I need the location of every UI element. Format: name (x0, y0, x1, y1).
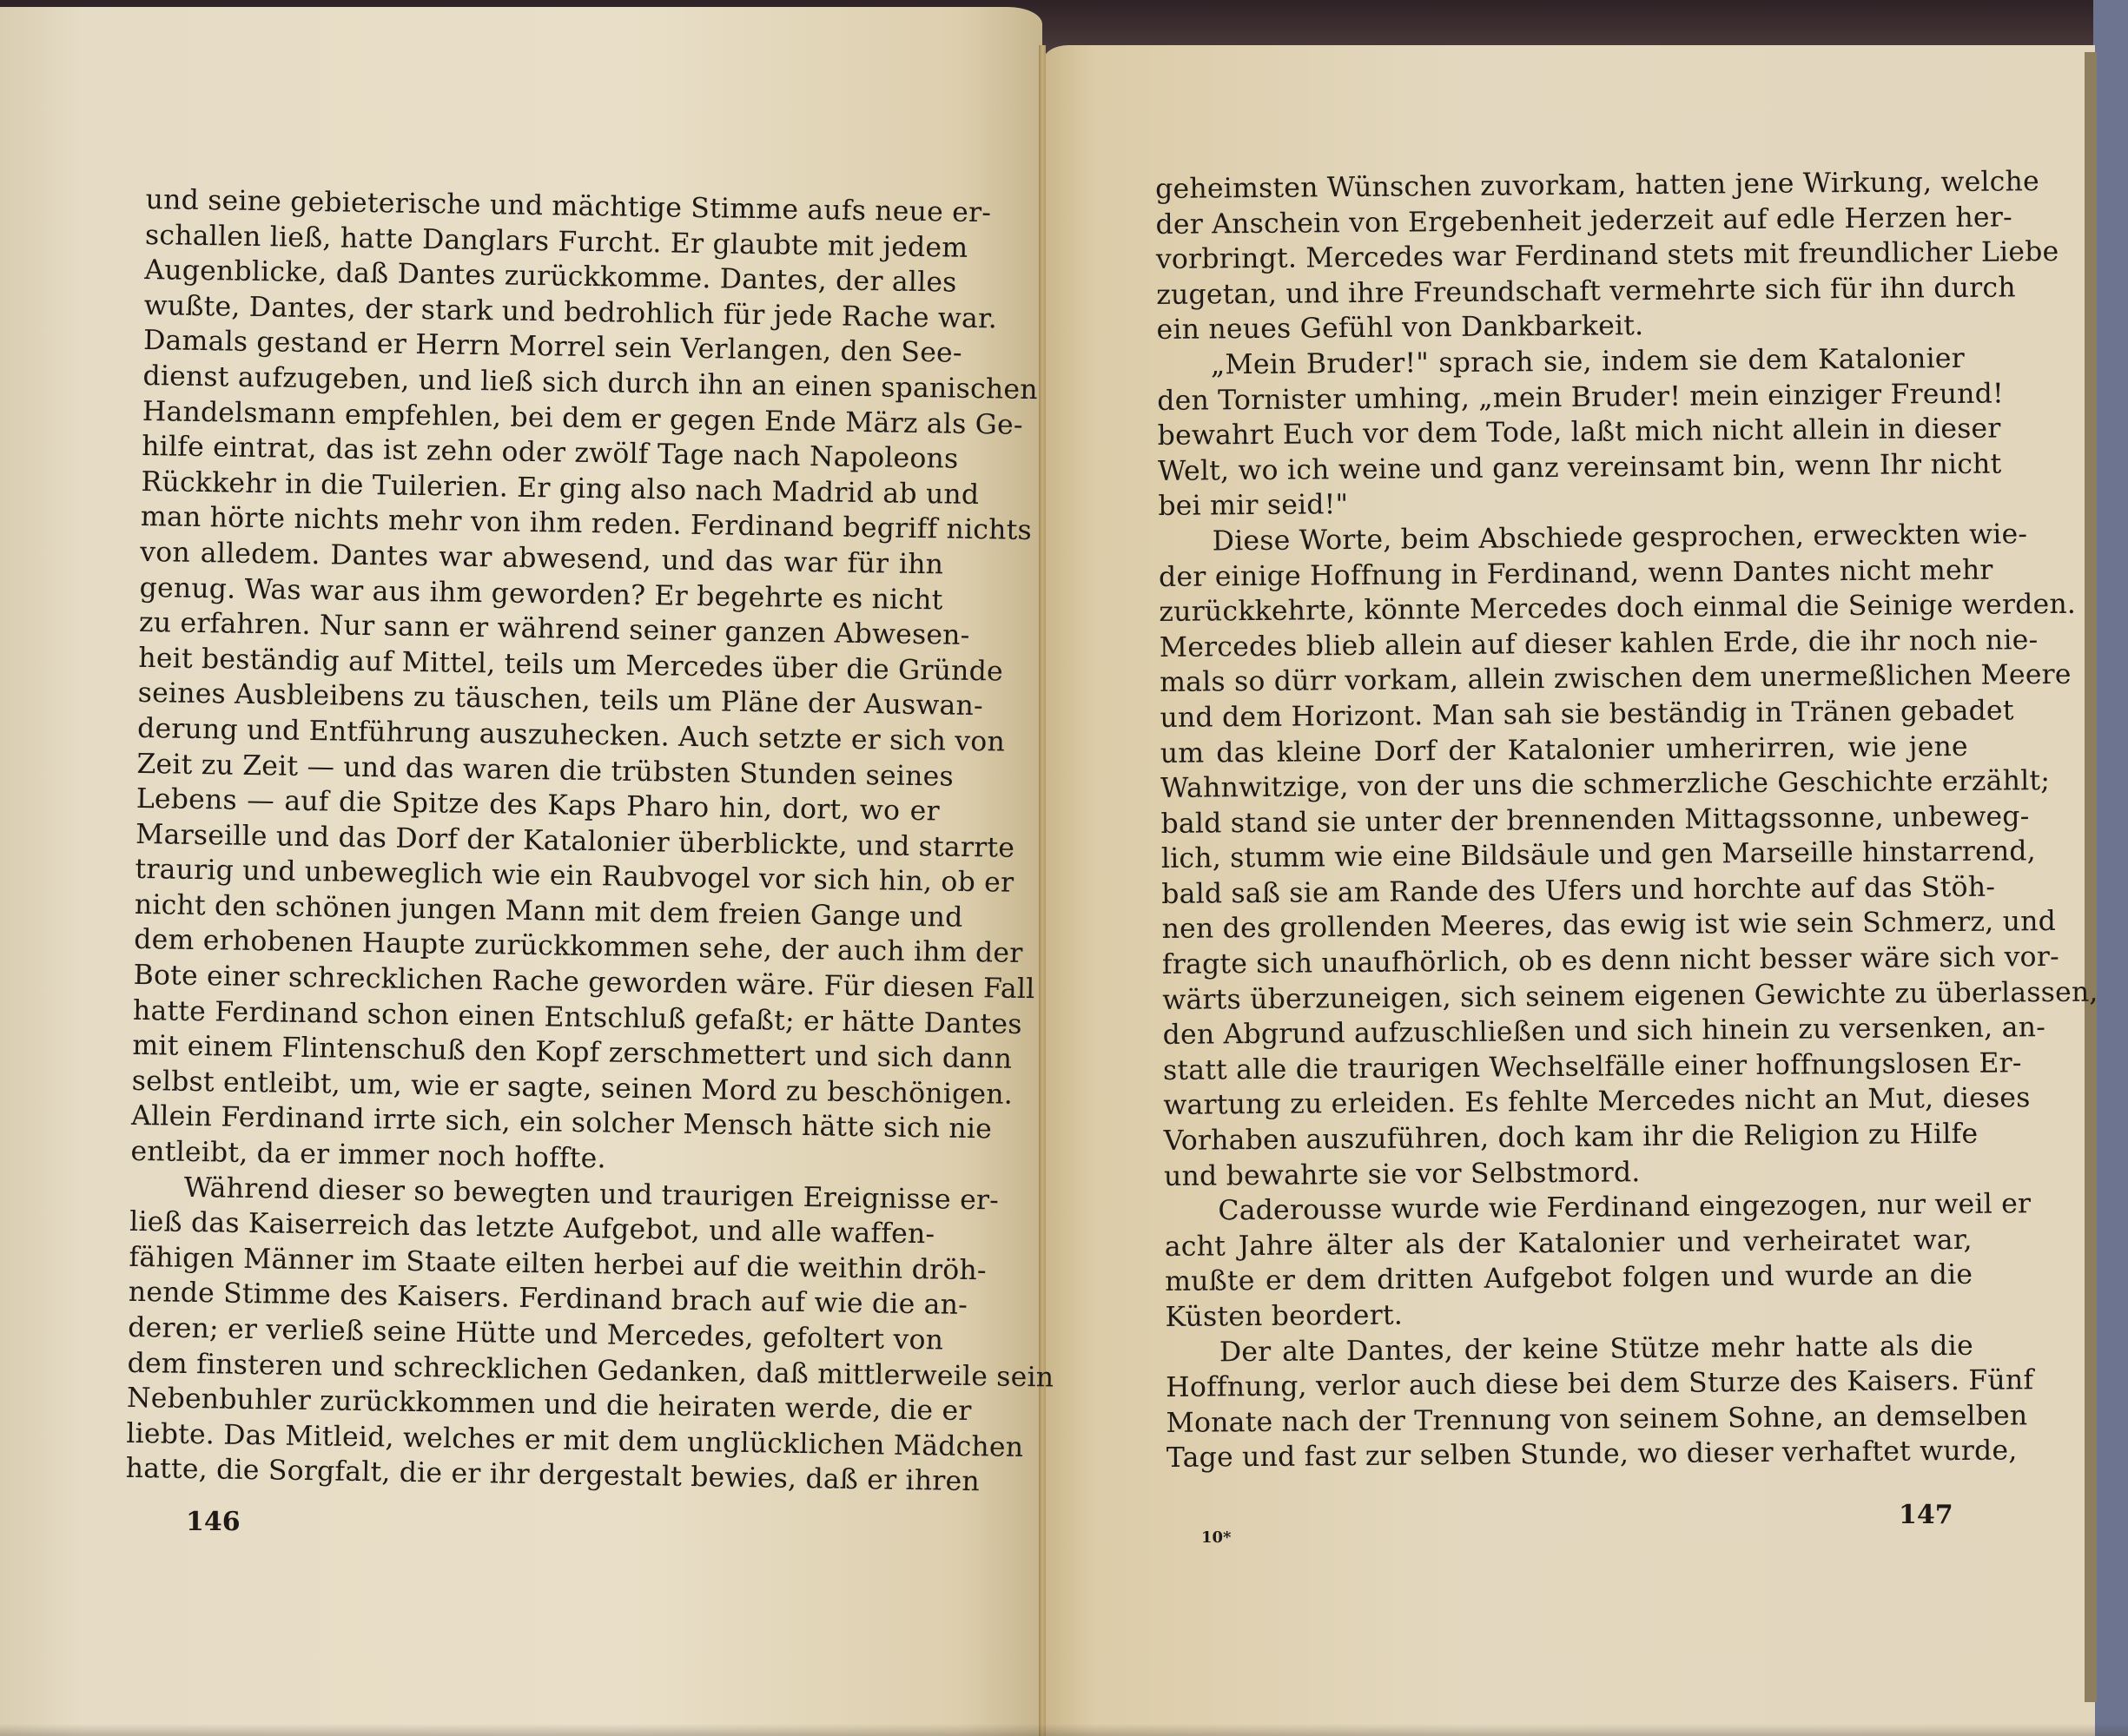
left-page-body-text: und seine gebieterische und mächtige Sti… (125, 182, 948, 1499)
page-stack-edge (2085, 52, 2097, 1702)
right-page-body-text: geheimsten Wünschen zuvorkam, hatten jen… (1155, 165, 1974, 1476)
text-line: mußte er dem dritten Aufgebot folgen und… (1165, 1257, 1973, 1300)
printer-signature-mark: 10* (1201, 1528, 1231, 1547)
page-number-right: 147 (1899, 1500, 1953, 1530)
table-background-right (2093, 0, 2128, 1736)
page-number-left: 146 (186, 1507, 241, 1537)
text-line: Vorhaben auszuführen, doch kam ihr die R… (1164, 1117, 1972, 1159)
text-line: Welt, wo ich weine und ganz vereinsamt b… (1158, 447, 1966, 490)
text-line: zugetan, und ihre Freundschaft vermehrte… (1156, 271, 1964, 314)
bottom-shadow (0, 1724, 2128, 1736)
text-line: Tage und fast zur selben Stunde, wo dies… (1166, 1434, 1974, 1476)
book-gutter (1039, 45, 1046, 1736)
